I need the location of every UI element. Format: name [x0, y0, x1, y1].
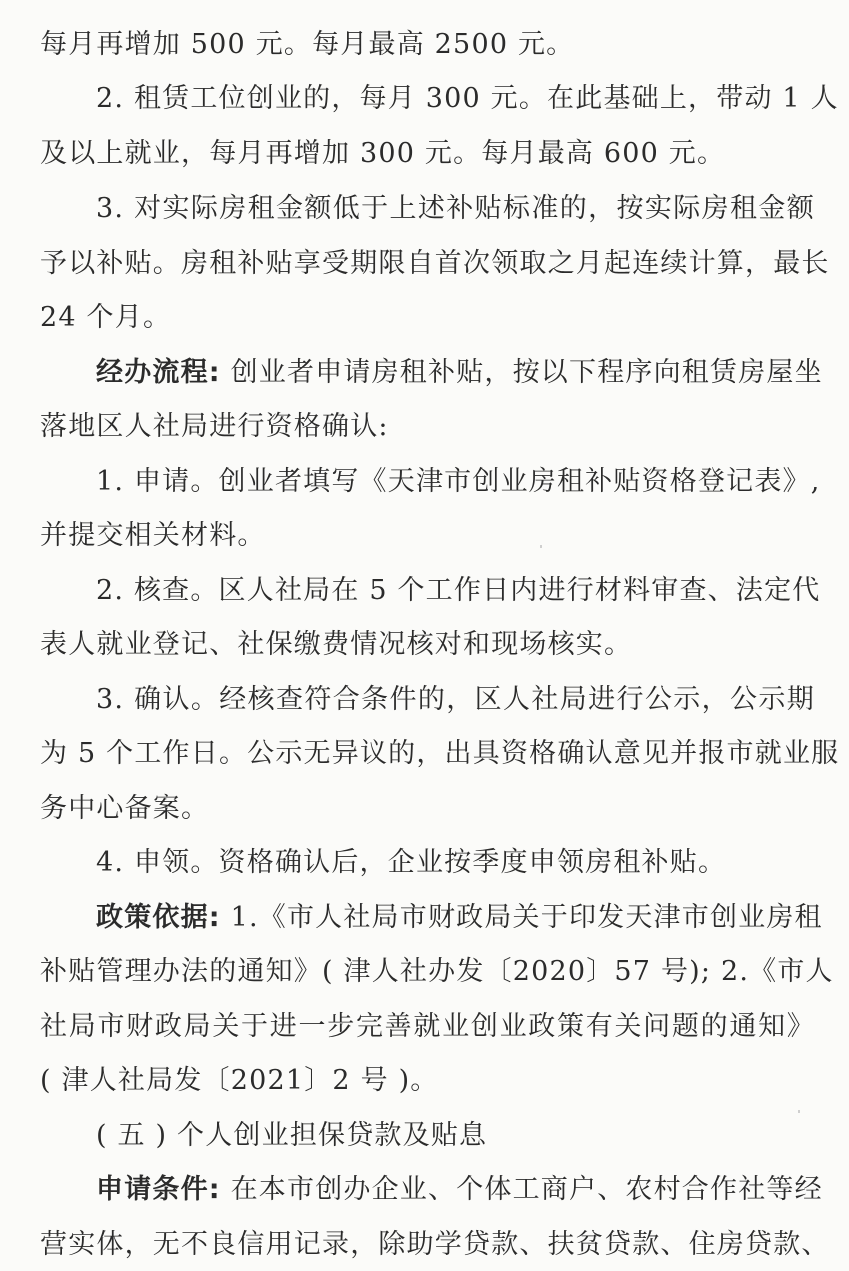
application-conditions-line: 申请条件: 在本市创办企业、个体工商户、农村合作社等经: [96, 1173, 815, 1207]
text-line: 24 个月。: [40, 301, 815, 335]
text-line: 补贴管理办法的通知》( 津人社办发〔2020〕57 号); 2.《市人: [40, 955, 815, 989]
scan-speck: [540, 545, 542, 548]
text-span: 创业者申请房租补贴，按以下程序向租赁房屋坐: [221, 357, 823, 388]
text-line: 3. 确认。经核查符合条件的，区人社局进行公示，公示期: [96, 683, 815, 717]
document-page: 每月再增加 500 元。每月最高 2500 元。 2. 租赁工位创业的，每月 3…: [0, 0, 849, 1271]
text-line: 4. 申领。资格确认后，企业按季度申领房租补贴。: [96, 846, 815, 880]
text-line: 落地区人社局进行资格确认:: [40, 410, 815, 444]
text-line: 营实体，无不良信用记录，除助学贷款、扶贫贷款、住房贷款、: [40, 1228, 815, 1262]
text-line: 为 5 个工作日。公示无异议的，出具资格确认意见并报市就业服: [40, 737, 815, 771]
section-heading: ( 五 ) 个人创业担保贷款及贴息: [96, 1119, 815, 1153]
policy-basis-label: 政策依据:: [96, 902, 221, 933]
procedure-heading-line: 经办流程: 创业者申请房租补贴，按以下程序向租赁房屋坐: [96, 356, 815, 390]
text-line: ( 津人社局发〔2021〕2 号 )。: [40, 1064, 815, 1098]
text-line: 务中心备案。: [40, 792, 815, 826]
text-line: 3. 对实际房租金额低于上述补贴标准的，按实际房租金额: [96, 192, 815, 226]
text-line: 予以补贴。房租补贴享受期限自首次领取之月起连续计算，最长: [40, 247, 815, 281]
text-line: 2. 租赁工位创业的，每月 300 元。在此基础上，带动 1 人: [96, 82, 815, 116]
scan-speck: [798, 1110, 800, 1113]
procedure-label: 经办流程:: [96, 357, 221, 388]
text-line: 并提交相关材料。: [40, 519, 815, 553]
text-span: 在本市创办企业、个体工商户、农村合作社等经: [221, 1174, 823, 1205]
text-line: 及以上就业，每月再增加 300 元。每月最高 600 元。: [40, 137, 815, 171]
policy-basis-line: 政策依据: 1.《市人社局市财政局关于印发天津市创业房租: [96, 901, 815, 935]
text-span: 1.《市人社局市财政局关于印发天津市创业房租: [221, 902, 823, 933]
text-line: 表人就业登记、社保缴费情况核对和现场核实。: [40, 628, 815, 662]
text-line: 每月再增加 500 元。每月最高 2500 元。: [40, 28, 815, 62]
application-conditions-label: 申请条件:: [96, 1174, 221, 1205]
text-line: 2. 核查。区人社局在 5 个工作日内进行材料审查、法定代: [96, 574, 815, 608]
text-line: 社局市财政局关于进一步完善就业创业政策有关问题的通知》: [40, 1010, 815, 1044]
text-line: 1. 申请。创业者填写《天津市创业房租补贴资格登记表》,: [96, 465, 815, 499]
